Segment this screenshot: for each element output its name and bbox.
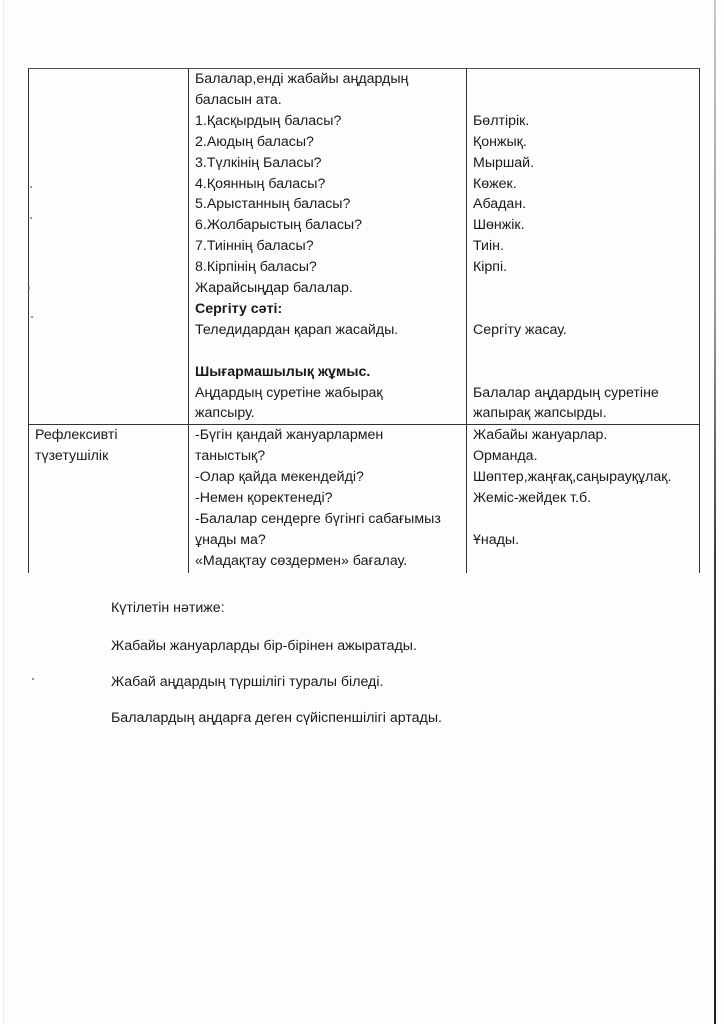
scan-speck [31, 316, 33, 318]
cell-line: Теледидардан қарап жасайды. [195, 320, 462, 341]
stage-cell: Рефлексивтітүзетушілік [29, 425, 189, 573]
cell-line: Аңдардың суретіне жабырақ [195, 383, 462, 404]
cell-line: 1.Қасқырдың баласы? [195, 111, 462, 132]
outcome-item: Жабайы жануарларды бір-бірінен ажыратады… [111, 636, 442, 656]
cell-line: Орманда. [473, 446, 695, 467]
cell-line: Мыршай. [473, 153, 695, 174]
teacher-activity-cell: -Бүгін қандай жануарларментаныстық?-Олар… [189, 425, 467, 573]
expected-outcome-section: Күтілетін нәтиже: Жабайы жануарларды бір… [111, 598, 442, 744]
cell-line: -Балалар сендерге бүгінгі сабағымыз [195, 509, 462, 530]
cell-line: Балалар аңдардың суретіне [473, 383, 695, 404]
section-heading: Сергіту сәті: [195, 299, 462, 320]
teacher-activity-cell: Балалар,енді жабайы аңдардыңбаласын ата.… [189, 69, 467, 425]
table-row: Рефлексивтітүзетушілік -Бүгін қандай жан… [29, 425, 700, 573]
cell-line: -Немен қоректенеді? [195, 488, 462, 509]
cell-line: 6.Жолбарыстың баласы? [195, 215, 462, 236]
cell-line: жапсыру. [195, 403, 462, 424]
cell-line: жапырақ жапсырды. [473, 403, 695, 424]
cell-line [473, 341, 695, 362]
scan-speck [28, 287, 30, 289]
scan-edge-left [3, 0, 4, 1024]
cell-line: 8.Кірпінің баласы? [195, 257, 462, 278]
cell-line: түзетушілік [35, 446, 184, 467]
stage-cell [29, 69, 189, 425]
cell-line [473, 278, 695, 299]
cell-line: Балалар,енді жабайы аңдардың [195, 69, 462, 90]
cell-line [473, 299, 695, 320]
cell-line: -Олар қайда мекендейді? [195, 467, 462, 488]
cell-line: Кірпі. [473, 257, 695, 278]
scan-speck [30, 217, 32, 219]
cell-line: Жабайы жануарлар. [473, 425, 695, 446]
cell-line: 3.Түлкінің Баласы? [195, 153, 462, 174]
children-activity-cell: Бөлтірік.Қонжық.Мыршай.Көжек.Абадан.Шөнж… [467, 69, 700, 425]
outcome-item: Жабай аңдардың түршілігі туралы біледі. [111, 672, 442, 692]
cell-line [473, 90, 695, 111]
lesson-plan-table: Балалар,енді жабайы аңдардыңбаласын ата.… [28, 68, 700, 573]
scan-edge-right [714, 0, 716, 1024]
cell-line: «Мадақтау сөздермен» бағалау. [195, 551, 462, 572]
cell-line: таныстық? [195, 446, 462, 467]
cell-line: Жеміс-жейдек т.б. [473, 488, 695, 509]
cell-line: Сергіту жасау. [473, 320, 695, 341]
children-activity-cell: Жабайы жануарлар.Орманда.Шөптер,жаңғақ,с… [467, 425, 700, 573]
cell-line: Ұнады. [473, 530, 695, 551]
cell-line [473, 551, 695, 572]
outcome-item: Балалардың аңдарға деген сүйіспеншілігі … [111, 708, 442, 728]
table-row: Балалар,енді жабайы аңдардыңбаласын ата.… [29, 69, 700, 425]
section-heading: Шығармашылық жұмыс. [195, 362, 462, 383]
cell-line: Бөлтірік. [473, 111, 695, 132]
document-page: Балалар,енді жабайы аңдардыңбаласын ата.… [0, 0, 724, 1024]
cell-line: ұнады ма? [195, 530, 462, 551]
cell-line: 4.Қоянның баласы? [195, 174, 462, 195]
cell-line: баласын ата. [195, 90, 462, 111]
cell-line: 2.Аюдың баласы? [195, 132, 462, 153]
cell-line: Абадан. [473, 194, 695, 215]
scan-speck [30, 186, 32, 188]
cell-line: 7.Тиіннің баласы? [195, 236, 462, 257]
cell-line [195, 341, 462, 362]
scan-speck [32, 678, 34, 680]
cell-line: -Бүгін қандай жануарлармен [195, 425, 462, 446]
cell-line: Жарайсыңдар балалар. [195, 278, 462, 299]
cell-line: Тиін. [473, 236, 695, 257]
cell-line: 5.Арыстанның баласы? [195, 194, 462, 215]
cell-line: Шөнжік. [473, 215, 695, 236]
cell-line: Рефлексивті [35, 425, 184, 446]
cell-line [473, 69, 695, 90]
cell-line [473, 509, 695, 530]
cell-line: Қонжық. [473, 132, 695, 153]
cell-line [473, 362, 695, 383]
cell-line: Көжек. [473, 174, 695, 195]
expected-outcome-title: Күтілетін нәтиже: [111, 598, 442, 618]
cell-line: Шөптер,жаңғақ,саңырауқұлақ. [473, 467, 695, 488]
